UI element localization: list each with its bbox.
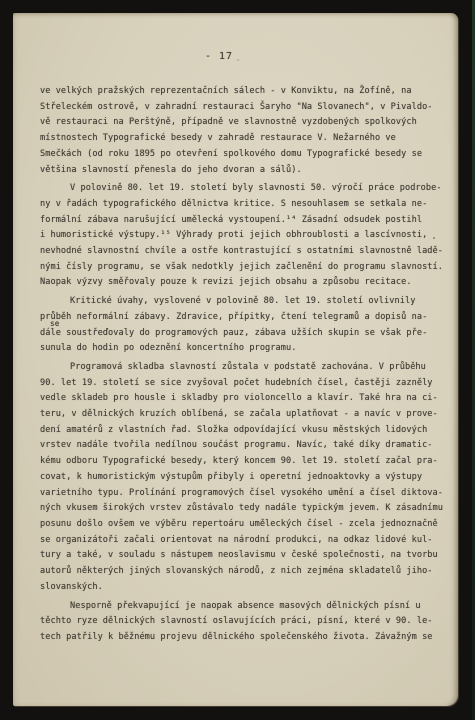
text-line: Programová skladba slavností zůstala v p… [40,360,448,376]
text-line: i humoristické výstupy.¹⁵ Výhrady proti … [40,228,448,244]
text-line: Naopak výzvy směřovaly pouze k revizi je… [40,275,448,291]
text-line: se organizátoři začali orientovat na nár… [40,533,448,549]
text-line: nými čísly programu, se však nedotkly je… [40,260,448,276]
text-line: V polovině 80. let 19. století byly slav… [40,181,448,197]
text-line: většina slavností přenesla do jeho dvora… [40,163,448,179]
paragraph: Kritické úvahy, vyslovené v polovině 80.… [40,294,448,357]
text-line: Střeleckém ostrově, v zahradní restaurac… [40,100,448,116]
text-line: posunu došlo ovšem ve výběru repertoáru … [40,517,448,533]
screenshot-root: { "colors": { "frame": "#131110", "paper… [0,0,475,720]
text-line: těchto ryze dělnických slavností oslavuj… [40,614,448,630]
text-line: sunula do hodin po odeznění koncertního … [40,341,448,357]
document-page: - 17- ve velkých pražských reprezentační… [13,13,458,706]
paragraph: Nesporně překvapující je naopak absence … [40,599,448,646]
text-line: dení amatérů z vlastních řad. Složka odp… [40,423,448,439]
text-line: nevhodné slavnostní chvíle a ostře kontr… [40,244,448,260]
paragraph: Programová skladba slavností zůstala v p… [40,360,448,596]
text-line: dále soustřeďovaly do programových pauz,… [40,326,448,342]
scan-background: - 17- ve velkých pražských reprezentační… [0,0,475,720]
text-line: vrstev nadále tvořila nedílnou součást p… [40,438,448,454]
paragraph: ve velkých pražských reprezentačních sál… [40,84,448,178]
text-line: průběh neformální zábavy. Zdravice, příp… [40,310,448,326]
text-line: varietního typu. Prolínání programových … [40,486,448,502]
text-line: tury a také, v souladu s nástupem neosla… [40,548,448,564]
scan-speck [433,237,435,239]
text-line: formální zábava narušující umělecká vyst… [40,213,448,229]
inserted-word: se [50,320,60,327]
page-number-smudge: - [235,55,242,66]
page-number: - 17- [13,51,458,62]
paragraph: V polovině 80. let 19. století byly slav… [40,181,448,291]
text-line: Smečkách (od roku 1895 po otevření spolk… [40,147,448,163]
text-line: tech patřily k běžnému projevu dělnickéh… [40,630,448,646]
text-line: vedle skladeb pro housle i skladby pro v… [40,391,448,407]
page-body: ve velkých pražských reprezentačních sál… [40,84,448,646]
text-line: teru, v dělnických kruzích oblíbená, se … [40,407,448,423]
text-line: Kritické úvahy, vyslovené v polovině 80.… [40,294,448,310]
page-number-text: - 17 [205,51,233,62]
text-line: covat, k humoristickým výstupům přibyly … [40,470,448,486]
text-line: místnostech Typografické besedy v zahrad… [40,131,448,147]
text-line: ných vkusem širokých vrstev zůstávalo te… [40,501,448,517]
text-line: ve velkých pražských reprezentačních sál… [40,84,448,100]
text-line: vě restauraci na Perštýně, případně ve s… [40,115,448,131]
text-line: slovanských. [40,580,448,596]
text-line: kému odboru Typografické besedy, který k… [40,454,448,470]
text-line: 90. let 19. století se sice zvyšoval poč… [40,376,448,392]
text-line: Nesporně překvapující je naopak absence … [40,599,448,615]
text-line: autorů některých jiných slovanských náro… [40,564,448,580]
text-line: ny v řadách typografického dělnictva kri… [40,197,448,213]
